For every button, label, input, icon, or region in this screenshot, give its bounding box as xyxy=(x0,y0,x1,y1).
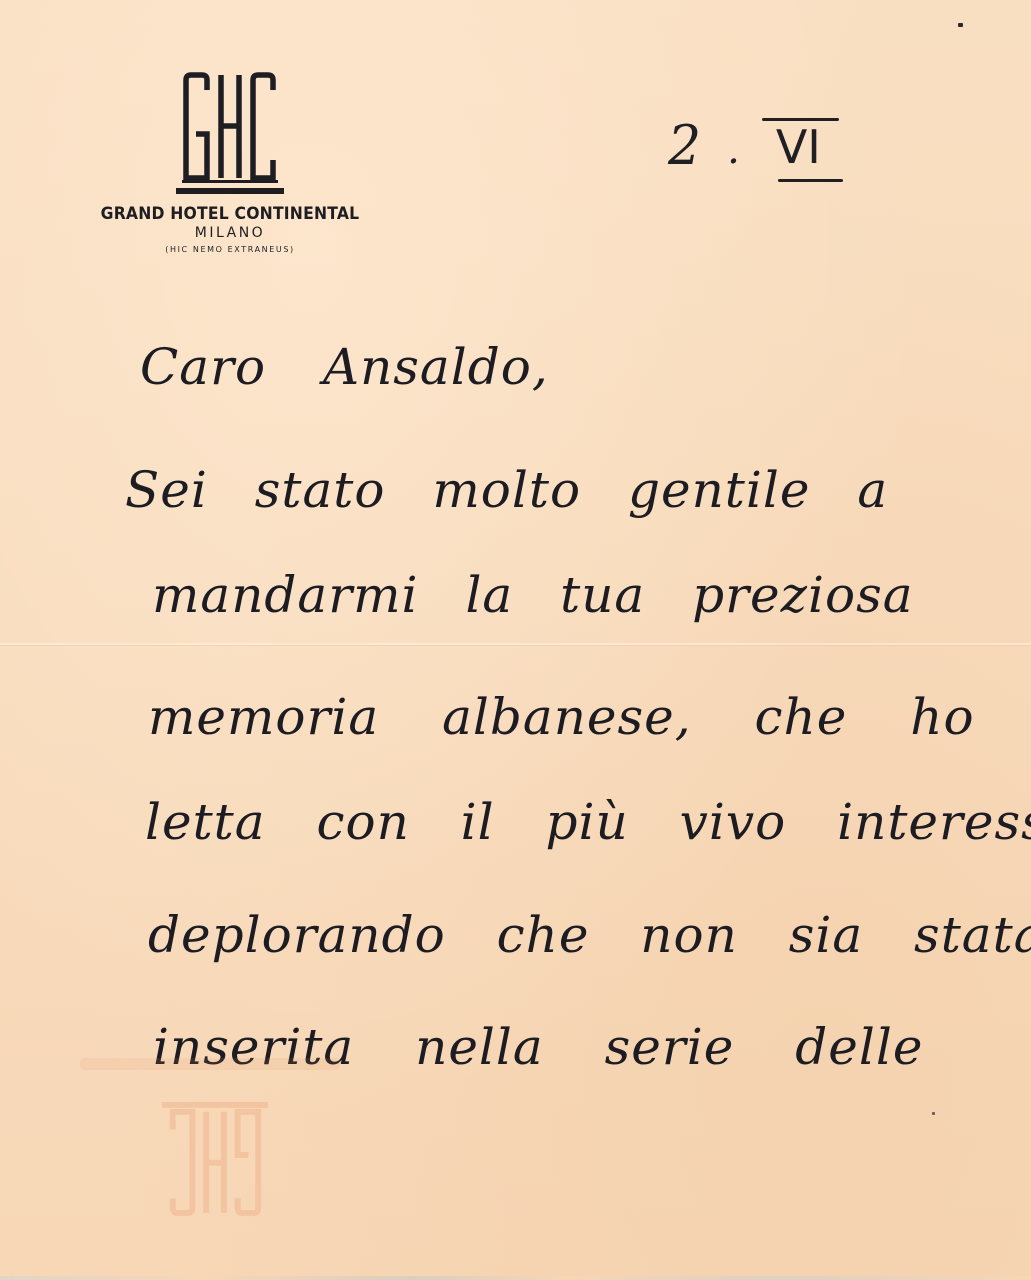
ghc-monogram-logo-icon xyxy=(174,70,286,198)
ghc-watermark-logo-icon xyxy=(160,1090,270,1220)
letter-salutation: Caro Ansaldo, xyxy=(140,342,549,392)
date-separator: . xyxy=(727,130,740,170)
ink-speck xyxy=(932,1112,935,1115)
bleed-through-text-band xyxy=(80,1058,340,1070)
letterhead: GRAND HOTEL CONTINENTAL MILANO (HIC NEMO… xyxy=(85,70,375,254)
hotel-motto: (HIC NEMO EXTRANEUS) xyxy=(85,245,375,254)
paper-fold-line xyxy=(0,643,1031,645)
letter-line: letta con il più vivo interesse xyxy=(145,797,1031,847)
letter-page: GRAND HOTEL CONTINENTAL MILANO (HIC NEMO… xyxy=(0,0,1031,1280)
hotel-city: MILANO xyxy=(85,225,375,241)
date-day: 2 xyxy=(668,119,701,174)
ink-speck xyxy=(958,23,963,27)
letter-line: memoria albanese, che ho xyxy=(148,692,975,742)
letter-date: 2.VI xyxy=(668,118,829,180)
letter-line: Sei stato molto gentile a xyxy=(125,465,888,515)
letter-line: deplorando che non sia stata xyxy=(148,910,1031,960)
paper-bottom-edge xyxy=(0,1276,1031,1280)
letter-line: mandarmi la tua preziosa xyxy=(152,570,914,620)
date-month-roman: VI xyxy=(768,118,829,180)
hotel-name: GRAND HOTEL CONTINENTAL xyxy=(97,204,364,224)
